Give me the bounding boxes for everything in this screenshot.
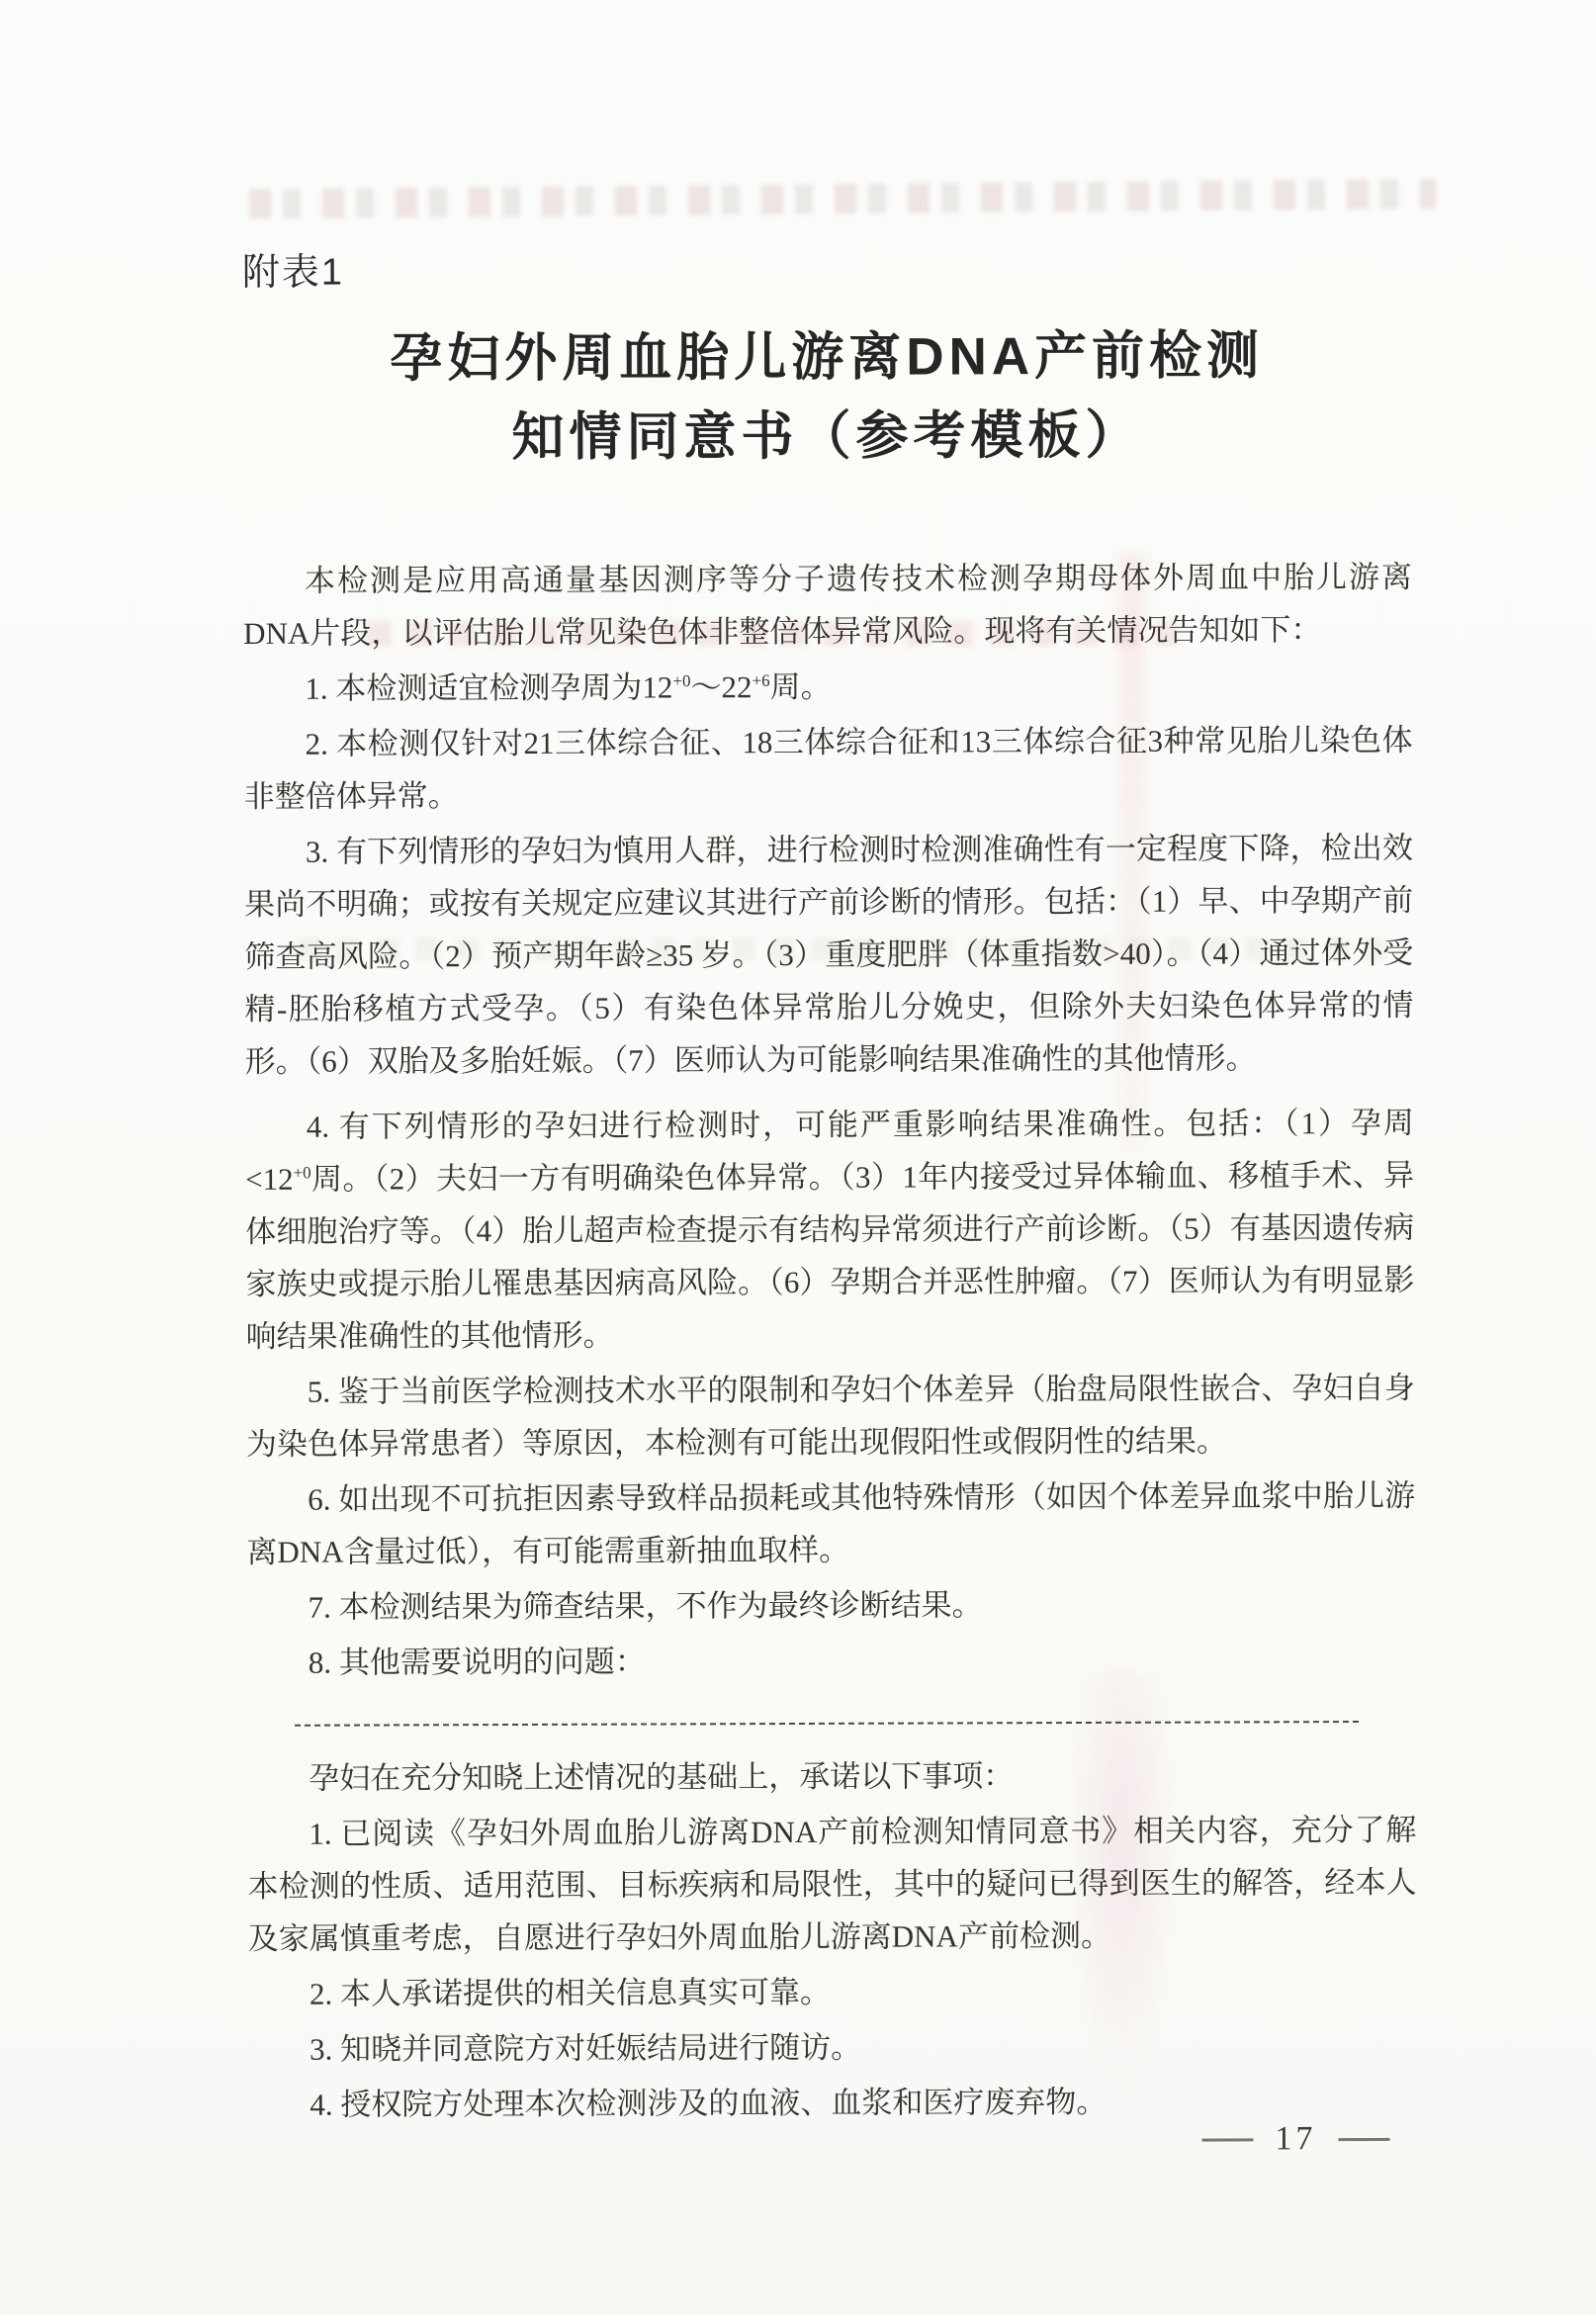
notice-item-6: 6. 如出现不可抗拒因素导致样品损耗或其他特殊情形（如因个体差异血浆中胎儿游离D…	[246, 1469, 1415, 1578]
notice-item-8: 8. 其他需要说明的问题：	[247, 1633, 1416, 1689]
notice-item-1: 1. 本检测适宜检测孕周为12+0～22+6周。	[243, 659, 1412, 715]
pledge-intro: 孕妇在充分知晓上述情况的基础上，承诺以下事项：	[247, 1748, 1416, 1805]
notice-item-4-tail: 周。（2）夫妇一方有明确染色体异常。（3）1年内接受过异体输血、移植手术、异体细…	[245, 1158, 1414, 1354]
pledge-item-2: 2. 本人承诺提供的相关信息真实可靠。	[248, 1964, 1417, 2020]
notice-item-7: 7. 本检测结果为筛查结果，不作为最终诊断结果。	[246, 1577, 1415, 1634]
page-number-dash-right	[1338, 2137, 1389, 2140]
notice-item-5: 5. 鉴于当前医学检测技术水平的限制和孕妇个体差异（胎盘局限性嵌合、孕妇自身为染…	[246, 1362, 1415, 1470]
page-number-value: 17	[1275, 2120, 1316, 2158]
notice-item-4: 4. 有下列情形的孕妇进行检测时，可能严重影响结果准确性。包括：（1）孕周<12…	[245, 1097, 1415, 1363]
notice-item-1-range: ～22	[690, 669, 752, 704]
notice-item-3: 3. 有下列情形的孕妇为慎用人群，进行检测时检测准确性有一定程度下降，检出效果尚…	[244, 822, 1414, 1088]
page-number-dash-left	[1201, 2138, 1253, 2141]
document-title: 孕妇外周血胎儿游离DNA产前检测 知情同意书（参考模板）	[242, 316, 1412, 479]
gestation-week-superscript-end: +6	[752, 671, 769, 690]
pledge-item-3: 3. 知晓并同意院方对妊娠结局进行随访。	[248, 2019, 1417, 2076]
gestation-week-superscript-limit: +0	[294, 1163, 311, 1182]
page-number: 17	[1201, 2120, 1389, 2159]
pledge-item-1: 1. 已阅读《孕妇外周血胎儿游离DNA产前检测知情同意书》相关内容，充分了解本检…	[247, 1804, 1417, 1965]
notice-item-2: 2. 本检测仅针对21三体综合征、18三体综合征和13三体综合征3种常见胎儿染色…	[243, 714, 1412, 823]
notice-item-1-tail: 周。	[770, 669, 832, 704]
gestation-week-superscript-start: +0	[672, 671, 690, 690]
fill-in-line	[295, 1721, 1359, 1727]
document-body: 本检测是应用高通量基因测序等分子遗传技术检测孕期母体外周血中胎儿游离DNA片段，…	[243, 548, 1418, 2134]
notice-item-1-text: 1. 本检测适宜检测孕周为12	[305, 669, 672, 705]
title-line-1: 孕妇外周血胎儿游离DNA产前检测	[242, 316, 1411, 400]
title-line-2: 知情同意书（参考模板）	[242, 396, 1411, 479]
attachment-label: 附表1	[242, 241, 344, 296]
scanned-document-page: 附表1 孕妇外周血胎儿游离DNA产前检测 知情同意书（参考模板） 本检测是应用高…	[0, 0, 1596, 2315]
intro-paragraph: 本检测是应用高通量基因测序等分子遗传技术检测孕期母体外周血中胎儿游离DNA片段，…	[243, 551, 1412, 660]
